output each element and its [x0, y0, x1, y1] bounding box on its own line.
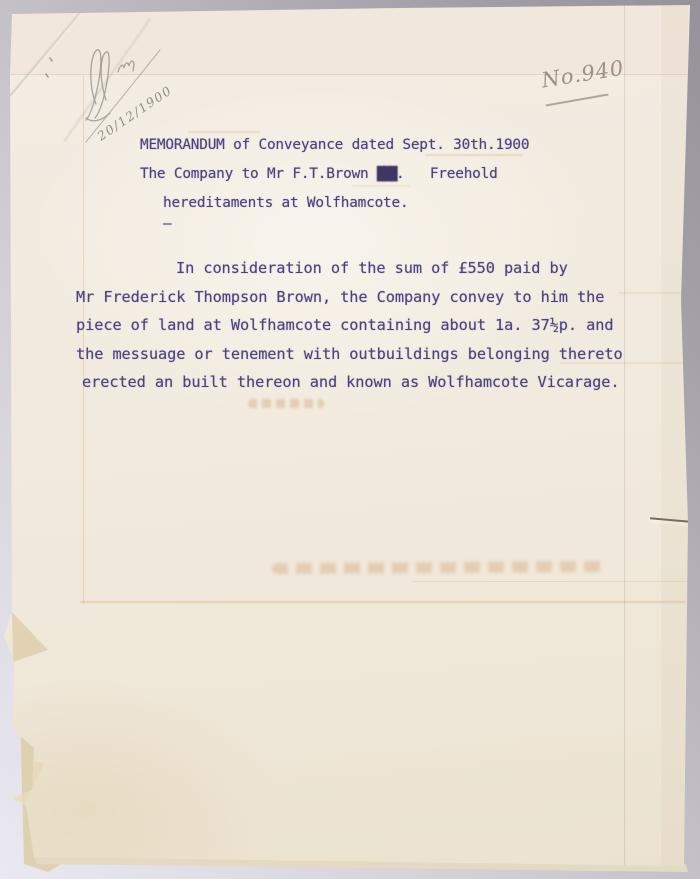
body-line: In consideration of the sum of £550 paid…: [176, 259, 568, 277]
overtyped-blot: ███: [377, 167, 396, 182]
body-line: the messuage or tenement with outbuildin…: [76, 345, 623, 363]
heading-line-2-prefix: The Company to Mr F.T.Brown: [140, 166, 377, 182]
heading-line-2-suffix: . Freehold: [396, 166, 498, 182]
bleedthrough-dash: [618, 292, 684, 294]
heading-line-1: MEMORANDUM of Conveyance dated Sept. 30t…: [140, 137, 529, 153]
vertical-fold-shade: [661, 0, 688, 879]
scan-background: 20/12/1900 No.940 MEMORANDUM of Conveyan…: [0, 0, 700, 879]
bleedthrough-rule-horizontal: [80, 601, 686, 603]
bleedthrough-dash: [425, 154, 523, 156]
vertical-fold-line: [624, 0, 625, 879]
bleedthrough-smudge-word: [248, 399, 324, 408]
heading-line-3: hereditaments at Wolfhamcote.: [163, 195, 408, 211]
page-number-annotation: No.940: [540, 52, 652, 93]
body-line: piece of land at Wolfhamcote containing …: [76, 316, 613, 334]
bleedthrough-dash: [352, 185, 410, 187]
bleedthrough-smudge-band: [272, 561, 608, 574]
body-line: Mr Frederick Thompson Brown, the Company…: [76, 288, 604, 306]
bleedthrough-rule-horizontal-faint: [412, 581, 688, 582]
right-edge-tear: [650, 517, 690, 522]
body-line: erected an built thereon and known as Wo…: [82, 373, 619, 391]
heading-dash: —: [163, 216, 172, 232]
heading-line-2: The Company to Mr F.T.Brown ███. Freehol…: [140, 166, 498, 182]
page-number-underline: [545, 93, 608, 106]
document-page: 20/12/1900 No.940 MEMORANDUM of Conveyan…: [0, 0, 700, 879]
